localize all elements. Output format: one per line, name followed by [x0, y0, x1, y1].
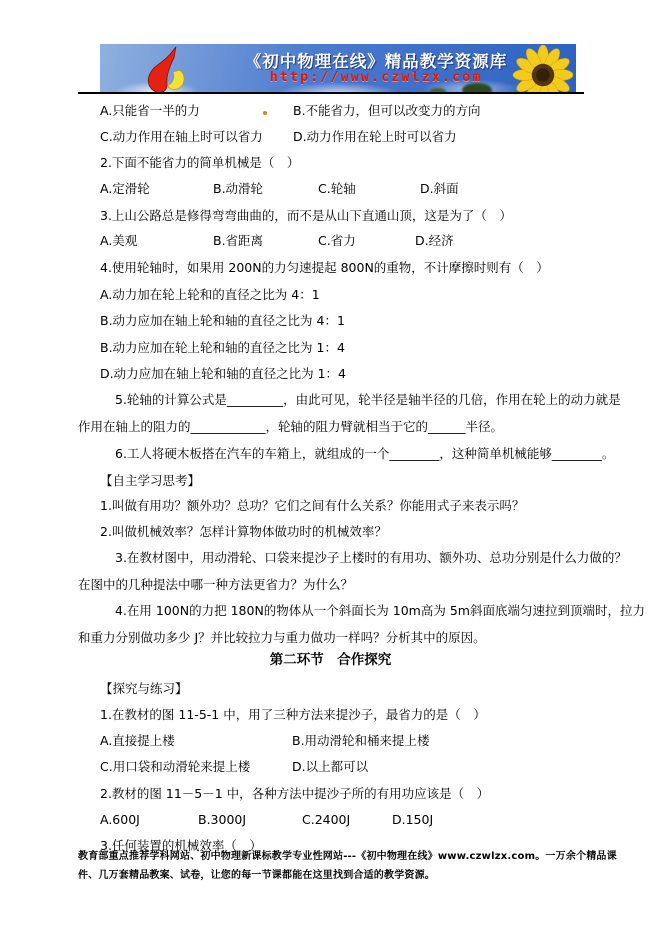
option-a: A.美观 — [100, 233, 137, 249]
worksheet-page: 《初中物理在线》精品教学资源库 http://www.czwlzx.com — [0, 0, 661, 936]
question-5-line2: 作用在轴上的阻力的____________，轮轴的阻力臂就相当于它的______… — [0, 419, 661, 437]
practice-question-2: 2.教材的图 11－5－1 中，各种方法中提沙子所的有用功应该是（ ） — [0, 786, 661, 804]
option-row: C.动力作用在轴上时可以省力 D.动力作用在轮上时可以省力 — [0, 129, 661, 147]
option-b: B.用动滑轮和桶来提上楼 — [292, 733, 430, 749]
think-question-1: 1.叫做有用功？额外功？总功？它们之间有什么关系？你能用式子来表示吗？ — [0, 498, 661, 516]
site-banner: 《初中物理在线》精品教学资源库 http://www.czwlzx.com — [100, 44, 576, 93]
option-row: A.只能省一半的力 B.不能省力，但可以改变力的方向 — [0, 103, 661, 121]
think-question-2: 2.叫做机械效率？怎样计算物体做功时的机械效率？ — [0, 524, 661, 542]
section-label-self-study: 【自主学习思考】 — [0, 473, 661, 491]
option-c: C.轮轴 — [318, 181, 356, 197]
sunflower-icon — [512, 45, 574, 93]
section-label-practice: 【探究与练习】 — [0, 681, 661, 699]
option-b: B.不能省力，但可以改变力的方向 — [293, 103, 481, 119]
option-row: A.美观 B.省距离 C.省力 D.经济 — [0, 233, 661, 251]
flame-logo-icon — [138, 46, 194, 93]
option-a: A.600J — [100, 812, 140, 828]
option-c: C.省力 — [318, 233, 356, 249]
question-5-line1: 5.轮轴的计算公式是_________，由此可见，轮半径是轴半径的几倍，作用在轮… — [0, 392, 661, 410]
option-d: D.以上都可以 — [292, 759, 368, 775]
option-a: A.直接提上楼 — [100, 733, 175, 749]
site-url-link[interactable]: http://www.czwlzx.com — [208, 69, 544, 85]
section-heading-cooperative-inquiry: 第二环节 合作探究 — [0, 652, 661, 670]
question-2: 2.下面不能省力的简单机械是（ ） — [0, 155, 661, 173]
option-d: D.150J — [392, 812, 433, 828]
option-a: A.动力加在轮上轮和的直径之比为 4：1 — [0, 287, 661, 305]
option-a: A.定滑轮 — [100, 181, 150, 197]
option-row: C.用口袋和动滑轮来提上楼 D.以上都可以 — [0, 759, 661, 777]
question-6: 6.工人将硬木板搭在汽车的车箱上，就组成的一个________，这种简单机械能够… — [0, 446, 661, 464]
option-c: C.2400J — [302, 812, 350, 828]
option-row: A.600J B.3000J C.2400J D.150J — [0, 812, 661, 830]
option-d: D.动力作用在轮上时可以省力 — [293, 129, 457, 145]
option-b2: B.动力应加在轮上轮和轴的直径之比为 1：4 — [0, 340, 661, 358]
option-b: B.省距离 — [213, 233, 263, 249]
footer-promo-line1: 教育部重点推荐学科网站、初中物理新课标教学专业性网站---《初中物理在线》www… — [78, 850, 588, 863]
option-c: C.用口袋和动滑轮来提上楼 — [100, 759, 250, 775]
option-d: D.动力应加在轴上轮和轴的直径之比为 1：4 — [0, 366, 661, 384]
option-row: A.直接提上楼 B.用动滑轮和桶来提上楼 — [0, 733, 661, 751]
footer-promo-line2: 件、几万套精品教案、试卷，让您的每一节课都能在这里找到合适的教学资源。 — [78, 869, 588, 882]
option-c: C.动力作用在轴上时可以省力 — [100, 129, 263, 145]
option-a: A.只能省一半的力 — [100, 103, 200, 119]
question-3: 3.上山公路总是修得弯弯曲曲的，而不是从山下直通山顶，这是为了（ ） — [0, 208, 661, 226]
think-question-4-line1: 4.在用 100N的力把 180N的物体从一个斜面长为 10m高为 5m斜面底端… — [0, 603, 661, 621]
think-question-3-line2: 在图中的几种提法中哪一种方法更省力？为什么？ — [0, 577, 661, 595]
practice-question-1: 1.在教材的图 11-5-1 中，用了三种方法来提沙子，最省力的是（ ） — [0, 707, 661, 725]
header-divider-line — [78, 92, 584, 94]
option-d: D.经济 — [415, 233, 454, 249]
option-row: A.定滑轮 B.动滑轮 C.轮轴 D.斜面 — [0, 181, 661, 199]
question-4: 4.使用轮轴时，如果用 200N的力匀速提起 800N的重物，不计摩擦时则有（ … — [0, 260, 661, 278]
option-b: B.动力应加在轴上轮和轴的直径之比为 4：1 — [0, 313, 661, 331]
think-question-4-line2: 和重力分别做功多少 J？并比较拉力与重力做功一样吗？分析其中的原因。 — [0, 630, 661, 648]
think-question-3-line1: 3.在教材图中，用动滑轮、口袋来提沙子上楼时的有用功、额外功、总功分别是什么力做… — [0, 550, 661, 568]
option-b: B.3000J — [198, 812, 246, 828]
option-d: D.斜面 — [420, 181, 459, 197]
option-b: B.动滑轮 — [213, 181, 263, 197]
